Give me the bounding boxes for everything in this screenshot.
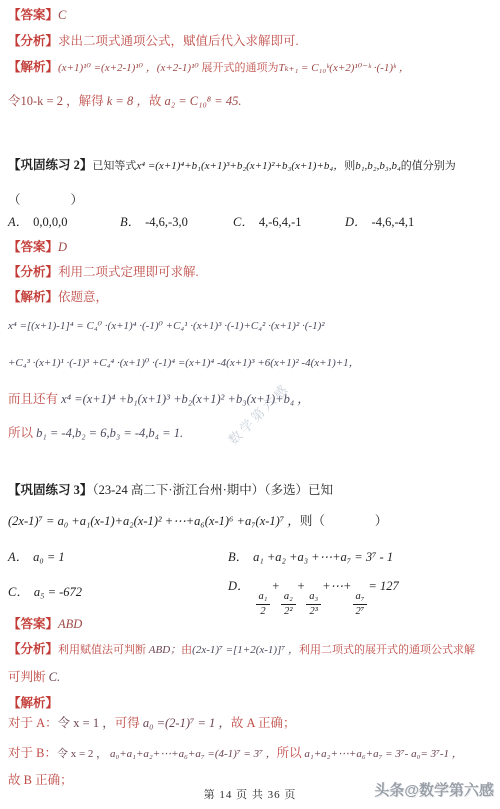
ex3-option-d-letter: D． xyxy=(228,579,250,593)
ex3-option-b: B．a₁ +a₂ +a₃ +⋯+a₇ = 3⁷ - 1 xyxy=(228,547,393,565)
ex1-sol-math2: Tₖ₊₁ = C₁₀ᵏ(x+2)¹⁰⁻ᵏ ·(-1)ᵏ ， xyxy=(279,62,410,74)
ex1-sol-cn: 展开式的通项为 xyxy=(202,62,279,74)
ex2-eq1: x⁴ =[(x+1)-1]⁴ = C₄⁰ ·(x+1)⁴ ·(-1)⁰ +C₄¹… xyxy=(8,320,325,332)
ex1-sol-math1: (x+1)¹⁰ =(x+2-1)¹⁰ ，(x+2-1)¹⁰ xyxy=(58,62,202,74)
ex2-title: 【巩固练习 2】 xyxy=(8,158,92,172)
ex1-analysis-text: 求出二项式通项公式，赋值后代入求解即可. xyxy=(58,34,299,48)
ex2-stem-cn2: 则 xyxy=(344,160,355,172)
ex2-option-b: B．-4,6,-3,0 xyxy=(120,212,188,230)
fraction-2: a₂2² xyxy=(281,591,296,617)
ex2-option-a: A．0,0,0,0 xyxy=(8,212,68,230)
ex2-paren: （ ） xyxy=(8,193,83,209)
ex2-option-d: D．-4,6,-4,1 xyxy=(345,212,414,230)
ex2-equation-line2: +C₄³ ·(x+1)¹ ·(-1)³ +C₄⁴ ·(x+1)⁰ ·(-1)⁴ … xyxy=(8,357,360,371)
ex3-option-c-letter: C． xyxy=(8,585,29,599)
ex2-stem-cn3: 的值分别为 xyxy=(401,160,456,172)
ex2-option-a-letter: A． xyxy=(8,215,28,229)
ex3-source: （23-24 高二下·浙江台州·期中）（多选）已知 xyxy=(92,483,333,497)
ex3-case-a-line: 对于 A：令 x = 1 ，可得 a₀ =(2-1)⁷ = 1 ，故 A 正确； xyxy=(8,716,296,732)
ex3-analysis-label: 【分析】 xyxy=(8,642,58,656)
ex3-option-c-text: a₅ = -672 xyxy=(34,585,82,599)
ex2-stem-cn1: 已知等式 xyxy=(92,160,136,172)
ex3-option-b-letter: B． xyxy=(228,550,248,564)
ex1-sol2-cn1: 解得 xyxy=(79,94,104,108)
ex2-eq2: +C₄³ ·(x+1)¹ ·(-1)³ +C₄⁴ ·(x+1)⁰ ·(-1)⁴ … xyxy=(8,357,360,369)
ex3-analysis-line1: 【分析】利用赋值法可判断 ABD；由(2x-1)⁷ =[1+2(x-1)]⁷ ，… xyxy=(8,642,475,658)
ex1-analysis-label: 【分析】 xyxy=(8,34,58,48)
ex3-stem-cn: 则 xyxy=(300,514,313,528)
ex3-option-b-text: a₁ +a₂ +a₃ +⋯+a₇ = 3⁷ - 1 xyxy=(253,550,393,564)
ex2-option-c: C．4,-6,4,-1 xyxy=(233,212,302,230)
ex3-answer-label: 【答案】 xyxy=(8,617,58,631)
ex1-sol2-m2: k = 8 ， xyxy=(104,94,149,108)
brand-watermark: 头条@数学第六感 xyxy=(374,779,494,800)
ex1-solution-label: 【解析】 xyxy=(8,60,58,74)
ex2-so-cn: 所以 xyxy=(8,426,33,440)
ex1-answer-line: 【答案】C xyxy=(8,8,66,24)
ex3-stem-math: (2x-1)⁷ = a₀ +a₁(x-1)+a₂(x-1)² +⋯+a₆(x-1… xyxy=(8,514,300,528)
ex3-answer-value: ABD xyxy=(58,617,82,631)
fraction-4: a₇2⁷ xyxy=(353,591,368,617)
ex1-sol2-m1: 令10-k = 2 ， xyxy=(8,94,79,108)
ex3-solution-label: 【解析】 xyxy=(8,696,58,710)
document-page: 【答案】C 【分析】求出二项式通项公式，赋值后代入求解即可. 【解析】(x+1)… xyxy=(0,0,500,809)
ex2-stem-math1: x⁴ =(x+1)⁴+b₁(x+1)³+b₂(x+1)²+b₃(x+1)+b₄， xyxy=(136,160,344,172)
ex2-option-b-letter: B． xyxy=(120,215,140,229)
ex2-conclusion-line: 所以 b₁ = -4,b₂ = 6,b₃ = -4,b₄ = 1. xyxy=(8,426,183,442)
ex3-solution-label-line: 【解析】 xyxy=(8,696,58,712)
ex1-sol2-cn2: 故 xyxy=(149,94,162,108)
ex3-case-b-line: 对于 B：令 x = 2 ， a₀+a₁+a₂+⋯+a₆+a₇ =(4-1)⁷ … xyxy=(8,746,463,762)
ex2-stem-math2: b₁,b₂,b₃,b₄ xyxy=(355,160,401,172)
ex3-analysis-line2: 可判断 C. xyxy=(8,670,60,686)
ex3-option-a-letter: A． xyxy=(8,550,28,564)
ex2-option-c-letter: C． xyxy=(233,215,254,229)
ex1-answer-value: C xyxy=(58,8,66,22)
ex2-answer-line: 【答案】D xyxy=(8,240,67,256)
ex1-solution-line1: 【解析】(x+1)¹⁰ =(x+2-1)¹⁰ ，(x+2-1)¹⁰ 展开式的通项… xyxy=(8,60,410,76)
ex3-answer-line: 【答案】ABD xyxy=(8,617,82,633)
ex2-equation-line1: x⁴ =[(x+1)-1]⁴ = C₄⁰ ·(x+1)⁴ ·(-1)⁰ +C₄¹… xyxy=(8,320,325,334)
ex2-option-d-letter: D． xyxy=(345,215,367,229)
ex2-solution-intro: 【解析】依题意， xyxy=(8,290,108,306)
ex2-more-cn: 而且还有 xyxy=(8,392,58,406)
ex3-title: 【巩固练习 3】 xyxy=(8,483,92,497)
ex2-analysis-label: 【分析】 xyxy=(8,265,58,279)
ex2-option-a-text: 0,0,0,0 xyxy=(33,215,67,229)
diagonal-watermark: 数学第六感 xyxy=(223,378,293,448)
ex3-option-a-text: a₀ = 1 xyxy=(33,550,65,564)
fraction-3: a₃2³ xyxy=(306,591,321,617)
ex1-sol2-m3: a₂ = C₁₀⁸ = 45. xyxy=(161,94,241,108)
ex1-solution-line2: 令10-k = 2 ，解得 k = 8 ，故 a₂ = C₁₀⁸ = 45. xyxy=(8,94,241,110)
ex3-option-a: A．a₀ = 1 xyxy=(8,547,65,565)
ex2-answer-value: D xyxy=(58,240,67,254)
ex2-analysis-text: 利用二项式定理即可求解. xyxy=(58,265,199,279)
ex2-answer-label: 【答案】 xyxy=(8,240,58,254)
ex3-stem-line: (2x-1)⁷ = a₀ +a₁(x-1)+a₂(x-1)² +⋯+a₆(x-1… xyxy=(8,514,387,530)
ex2-option-b-text: -4,6,-3,0 xyxy=(145,215,188,229)
ex2-option-d-text: -4,6,-4,1 xyxy=(372,215,415,229)
ex2-solution-intro-text: 依题意， xyxy=(58,290,108,304)
ex2-solution-label: 【解析】 xyxy=(8,290,58,304)
ex2-so-math: b₁ = -4,b₂ = 6,b₃ = -4,b₄ = 1. xyxy=(33,426,183,440)
ex3-option-c: C．a₅ = -672 xyxy=(8,582,82,600)
ex3-option-d: D．a₁2+a₂2²+a₃2³+⋯+a₇2⁷= 127 xyxy=(228,576,399,617)
ex3-title-line: 【巩固练习 3】（23-24 高二下·浙江台州·期中）（多选）已知 xyxy=(8,483,333,499)
ex1-answer-label: 【答案】 xyxy=(8,8,58,22)
ex2-analysis-line: 【分析】利用二项式定理即可求解. xyxy=(8,265,199,281)
ex3-option-d-expression: a₁2+a₂2²+a₃2³+⋯+a₇2⁷= 127 xyxy=(255,579,399,593)
fraction-1: a₁2 xyxy=(256,591,271,617)
ex2-option-c-text: 4,-6,4,-1 xyxy=(259,215,302,229)
ex2-stem-line: 【巩固练习 2】已知等式x⁴ =(x+1)⁴+b₁(x+1)³+b₂(x+1)²… xyxy=(8,158,456,174)
ex3-stem-paren: （ ） xyxy=(312,514,387,528)
ex1-analysis-line: 【分析】求出二项式通项公式，赋值后代入求解即可. xyxy=(8,34,299,50)
